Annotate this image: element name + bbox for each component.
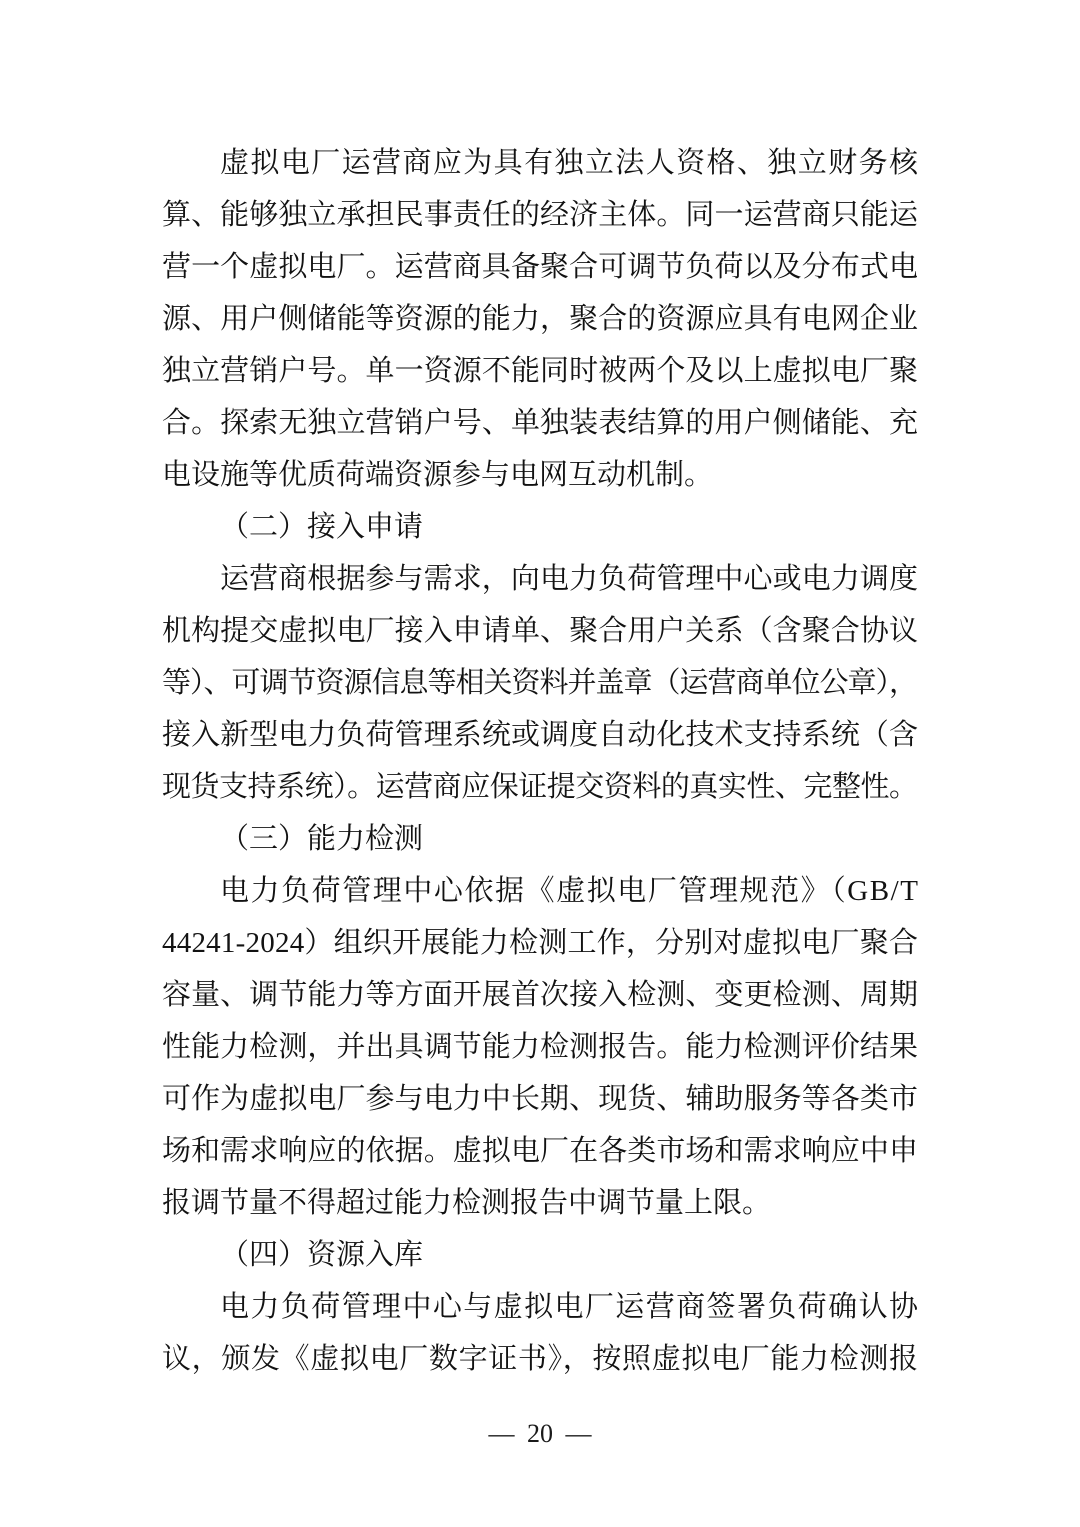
text-run: （二）接入申请 [220,501,423,553]
text-line: 可作为虚拟电厂参与电力中长期、现货、辅助服务等各类市 [162,1073,918,1125]
text-run: 现货支持系统）。运营商应保证提交资料的真实性、完整性。 [162,761,918,813]
page-number: — 20 — [0,1408,1080,1460]
text-run: 电设施等优质荷端资源参与电网互动机制。 [162,449,713,501]
text-line: 虚拟电厂运营商应为具有独立法人资格、独立财务核 [162,137,918,189]
text-run: 议，颁发《虚拟电厂数字证书》，按照虚拟电厂能力检测报 [162,1333,919,1385]
text-line: 算、能够独立承担民事责任的经济主体。同一运营商只能运 [162,189,918,241]
text-run: 44241-2024）组织开展能力检测工作，分别对虚拟电厂聚合 [162,917,918,969]
text-run: 虚拟电厂运营商应为具有独立法人资格、独立财务核 [220,137,919,189]
text-run: （三）能力检测 [220,813,423,865]
text-line: 机构提交虚拟电厂接入申请单、聚合用户关系（含聚合协议 [162,605,918,657]
text-line: 44241-2024）组织开展能力检测工作，分别对虚拟电厂聚合 [162,917,918,969]
text-line: 营一个虚拟电厂。运营商具备聚合可调节负荷以及分布式电 [162,241,918,293]
text-run: 场和需求响应的依据。虚拟电厂在各类市场和需求响应中申 [162,1125,918,1177]
text-line: 合。探索无独立营销户号、单独装表结算的用户侧储能、充 [162,397,918,449]
text-run: 报调节量不得超过能力检测报告中调节量上限。 [162,1177,771,1229]
text-line: 议，颁发《虚拟电厂数字证书》，按照虚拟电厂能力检测报 [162,1333,918,1385]
text-run: 运营商根据参与需求，向电力负荷管理中心或电力调度 [220,553,918,605]
text-block: 虚拟电厂运营商应为具有独立法人资格、独立财务核算、能够独立承担民事责任的经济主体… [162,137,918,1385]
text-run: 性能力检测，并出具调节能力检测报告。能力检测评价结果 [162,1021,918,1073]
text-line: 场和需求响应的依据。虚拟电厂在各类市场和需求响应中申 [162,1125,918,1177]
text-line: 独立营销户号。单一资源不能同时被两个及以上虚拟电厂聚 [162,345,918,397]
text-run: 源、用户侧储能等资源的能力，聚合的资源应具有电网企业 [162,293,918,345]
text-line: 性能力检测，并出具调节能力检测报告。能力检测评价结果 [162,1021,918,1073]
text-line: 报调节量不得超过能力检测报告中调节量上限。 [162,1177,918,1229]
text-line: 现货支持系统）。运营商应保证提交资料的真实性、完整性。 [162,761,918,813]
page-number-text: — 20 — [489,1419,592,1448]
text-run: 独立营销户号。单一资源不能同时被两个及以上虚拟电厂聚 [162,345,918,397]
text-line: 源、用户侧储能等资源的能力，聚合的资源应具有电网企业 [162,293,918,345]
text-run: （四）资源入库 [220,1229,423,1281]
text-line: 运营商根据参与需求，向电力负荷管理中心或电力调度 [162,553,918,605]
section-heading: （三）能力检测 [162,813,918,865]
text-line: 电力负荷管理中心依据《虚拟电厂管理规范》（GB/T [162,865,918,917]
text-line: 容量、调节能力等方面开展首次接入检测、变更检测、周期 [162,969,918,1021]
text-line: 电力负荷管理中心与虚拟电厂运营商签署负荷确认协 [162,1281,918,1333]
text-run: 可作为虚拟电厂参与电力中长期、现货、辅助服务等各类市 [162,1073,918,1125]
section-heading: （二）接入申请 [162,501,918,553]
text-run: 合。探索无独立营销户号、单独装表结算的用户侧储能、充 [162,397,918,449]
text-run: 电力负荷管理中心与虚拟电厂运营商签署负荷确认协 [220,1281,919,1333]
text-run: 算、能够独立承担民事责任的经济主体。同一运营商只能运 [162,189,918,241]
text-run: 容量、调节能力等方面开展首次接入检测、变更检测、周期 [162,969,918,1021]
text-run: 等）、可调节资源信息等相关资料并盖章（运营商单位公章）， [162,657,917,709]
text-run: 电力负荷管理中心依据《虚拟电厂管理规范》（GB/T [220,865,920,917]
text-run: 机构提交虚拟电厂接入申请单、聚合用户关系（含聚合协议 [162,605,918,657]
text-run: 营一个虚拟电厂。运营商具备聚合可调节负荷以及分布式电 [162,241,918,293]
text-run: 接入新型电力负荷管理系统或调度自动化技术支持系统（含 [162,709,918,761]
text-line: 等）、可调节资源信息等相关资料并盖章（运营商单位公章）， [162,657,918,709]
document-page: 虚拟电厂运营商应为具有独立法人资格、独立财务核算、能够独立承担民事责任的经济主体… [0,0,1080,1527]
section-heading: （四）资源入库 [162,1229,918,1281]
text-line: 接入新型电力负荷管理系统或调度自动化技术支持系统（含 [162,709,918,761]
text-line: 电设施等优质荷端资源参与电网互动机制。 [162,449,918,501]
